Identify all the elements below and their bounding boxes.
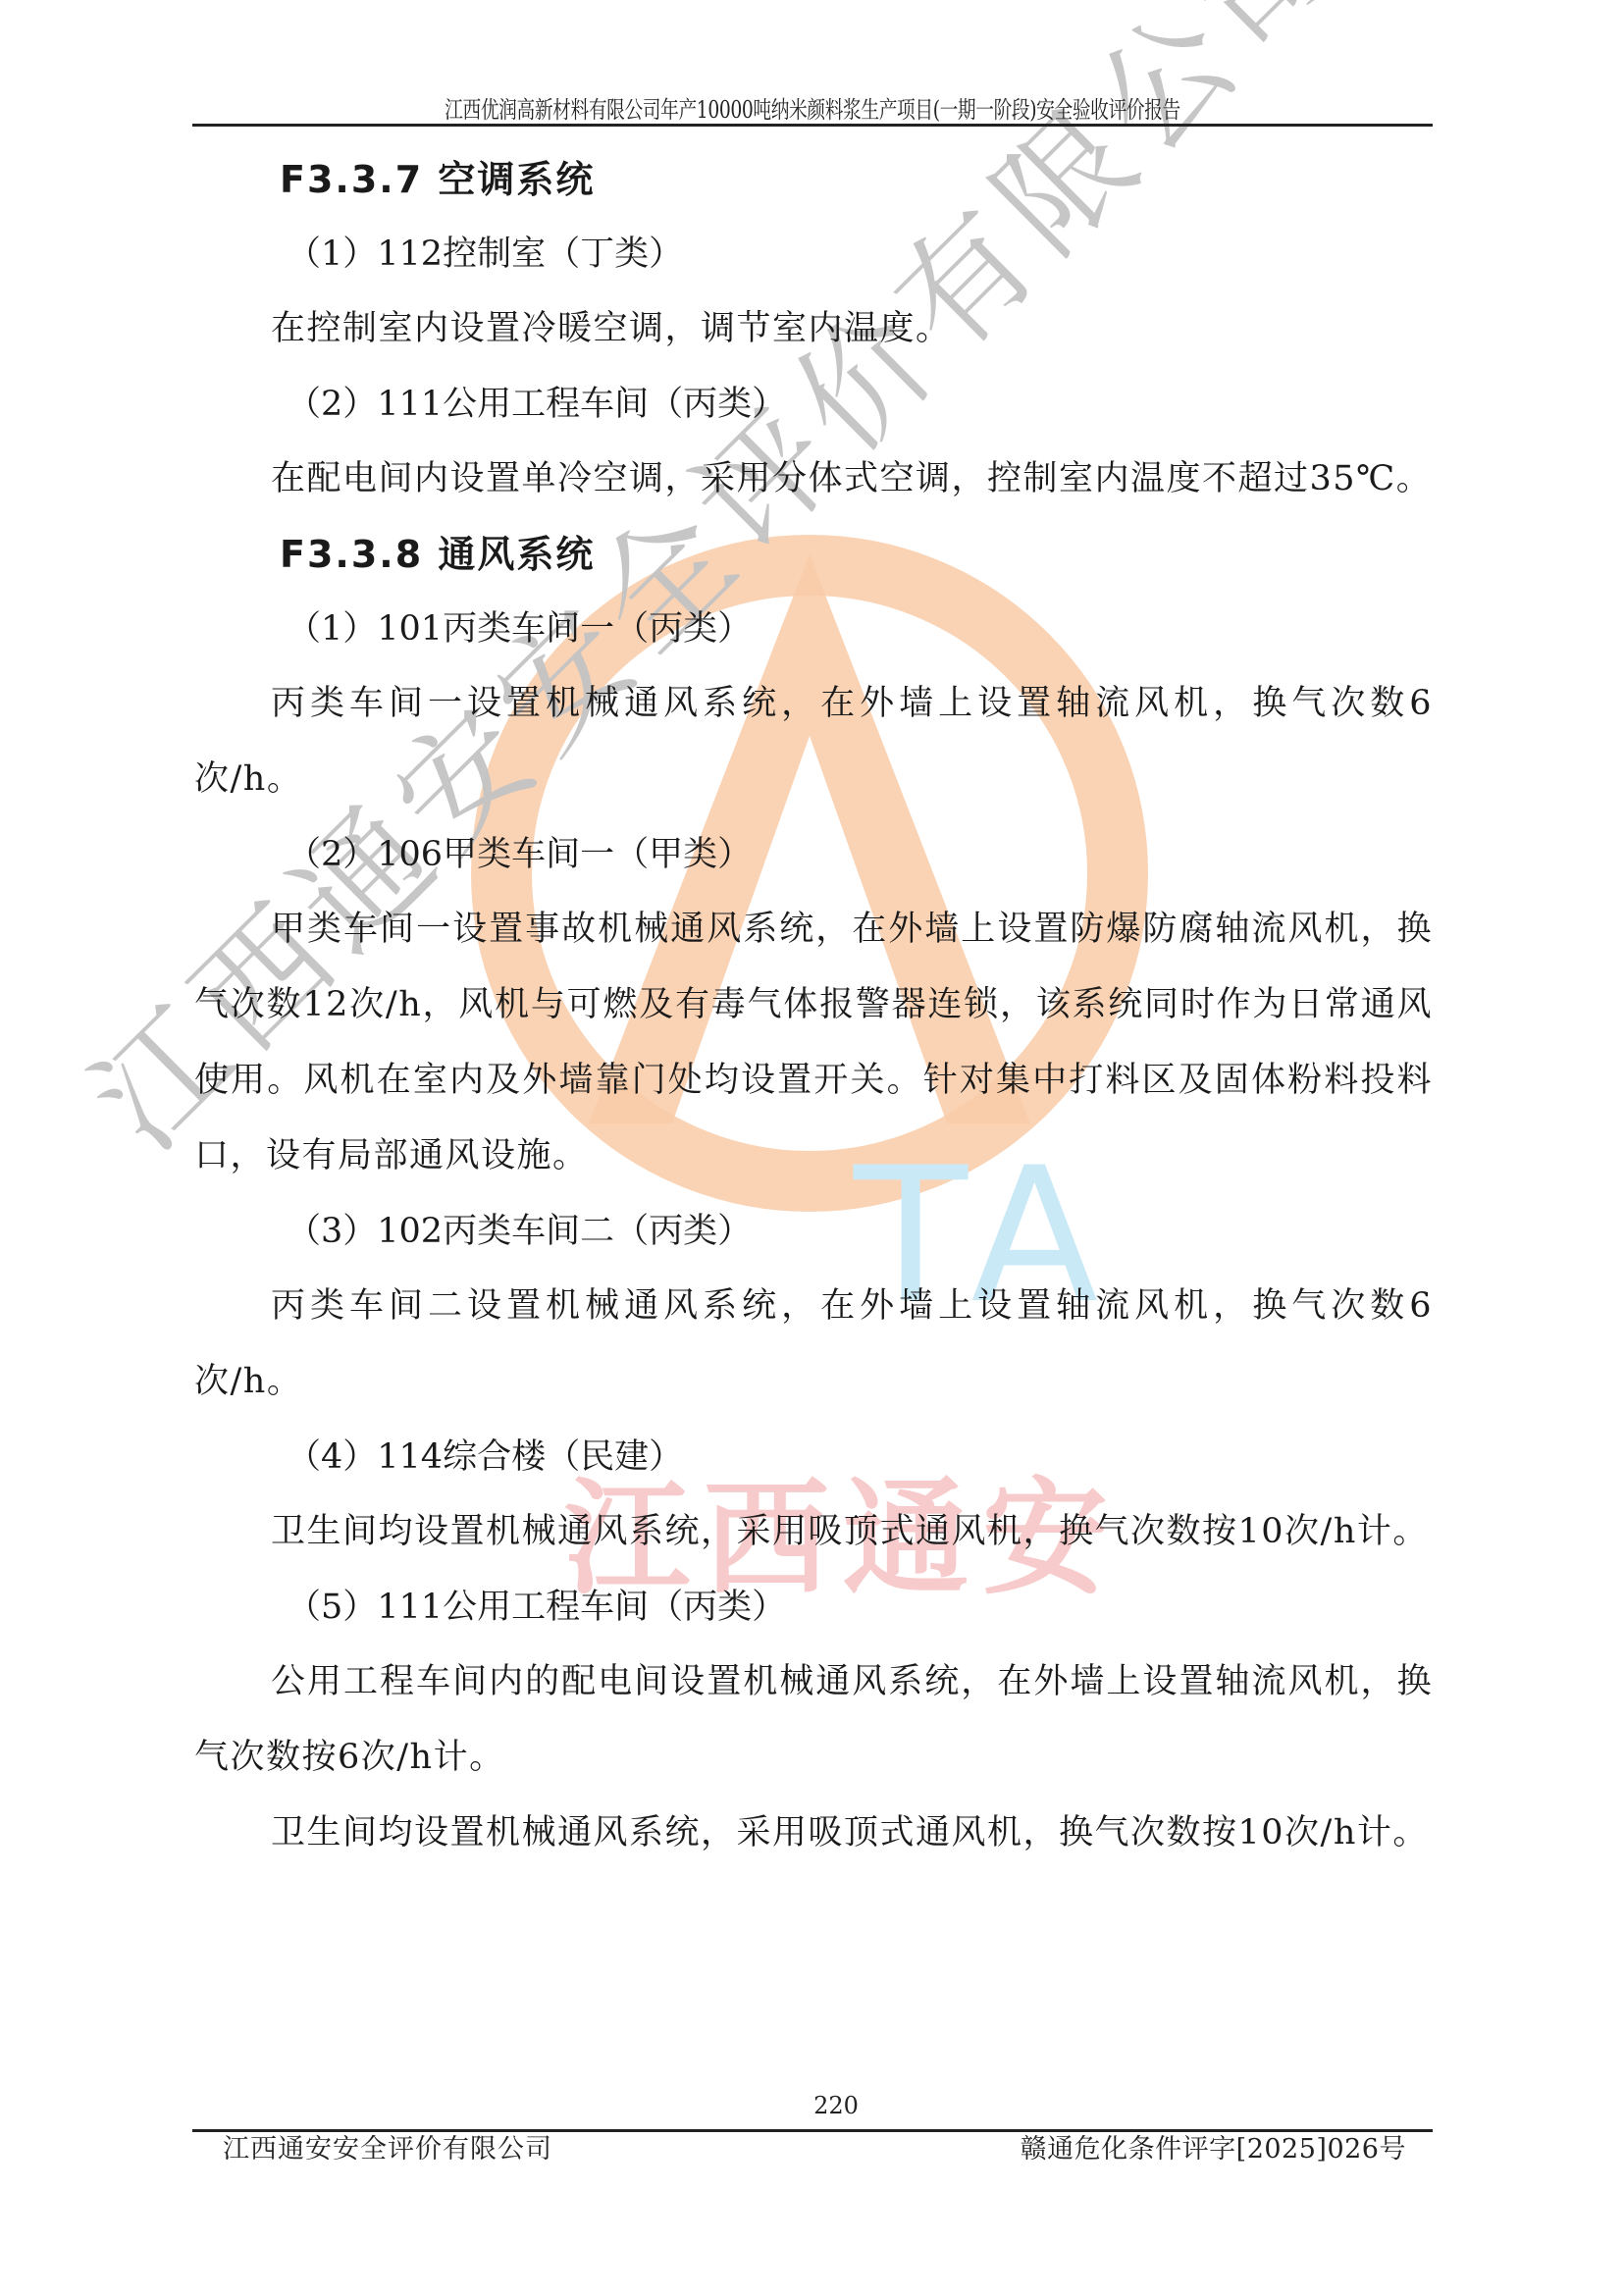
item-label: （2）111公用工程车间（丙类） bbox=[194, 367, 1433, 442]
page-number: 220 bbox=[785, 2092, 887, 2119]
paragraph: 卫生间均设置机械通风系统，采用吸顶式通风机，换气次数按10次/h计。 bbox=[194, 1494, 1433, 1570]
header-divider bbox=[192, 124, 1433, 127]
item-label: （1）112控制室（丁类） bbox=[194, 217, 1433, 291]
paragraph: 甲类车间一设置事故机械通风系统，在外墙上设置防爆防腐轴流风机，换气次数12次/h… bbox=[194, 892, 1433, 1194]
footer-company: 江西通安安全评价有限公司 bbox=[223, 2133, 552, 2166]
paragraph: 在配电间内设置单冷空调，采用分体式空调，控制室内温度不超过35℃。 bbox=[194, 442, 1433, 517]
paragraph: 在控制室内设置冷暖空调，调节室内温度。 bbox=[194, 291, 1433, 367]
page-header: 江西优润高新材料有限公司年产10000吨纳米颜料浆生产项目(一期一阶段)安全验收… bbox=[192, 96, 1433, 128]
item-label: （3）102丙类车间二（丙类） bbox=[194, 1194, 1433, 1269]
report-title: 江西优润高新材料有限公司年产10000吨纳米颜料浆生产项目(一期一阶段)安全验收… bbox=[329, 96, 1296, 124]
item-label: （1）101丙类车间一（丙类） bbox=[194, 592, 1433, 666]
item-label: （5）111公用工程车间（丙类） bbox=[194, 1570, 1433, 1644]
paragraph: 丙类车间一设置机械通风系统，在外墙上设置轴流风机，换气次数6次/h。 bbox=[194, 666, 1433, 817]
paragraph: 卫生间均设置机械通风系统，采用吸顶式通风机，换气次数按10次/h计。 bbox=[194, 1796, 1433, 1871]
section-heading: F3.3.7 空调系统 bbox=[194, 142, 1433, 217]
paragraph: 公用工程车间内的配电间设置机械通风系统，在外墙上设置轴流风机，换气次数按6次/h… bbox=[194, 1644, 1433, 1796]
document-body: F3.3.7 空调系统 （1）112控制室（丁类） 在控制室内设置冷暖空调，调节… bbox=[194, 142, 1433, 1871]
paragraph: 丙类车间二设置机械通风系统，在外墙上设置轴流风机，换气次数6次/h。 bbox=[194, 1269, 1433, 1420]
item-label: （2）106甲类车间一（甲类） bbox=[194, 817, 1433, 892]
section-heading: F3.3.8 通风系统 bbox=[194, 517, 1433, 592]
footer-divider bbox=[192, 2129, 1433, 2132]
footer-document-number: 赣通危化条件评字[2025]026号 bbox=[1021, 2133, 1406, 2166]
item-label: （4）114综合楼（民建） bbox=[194, 1420, 1433, 1494]
